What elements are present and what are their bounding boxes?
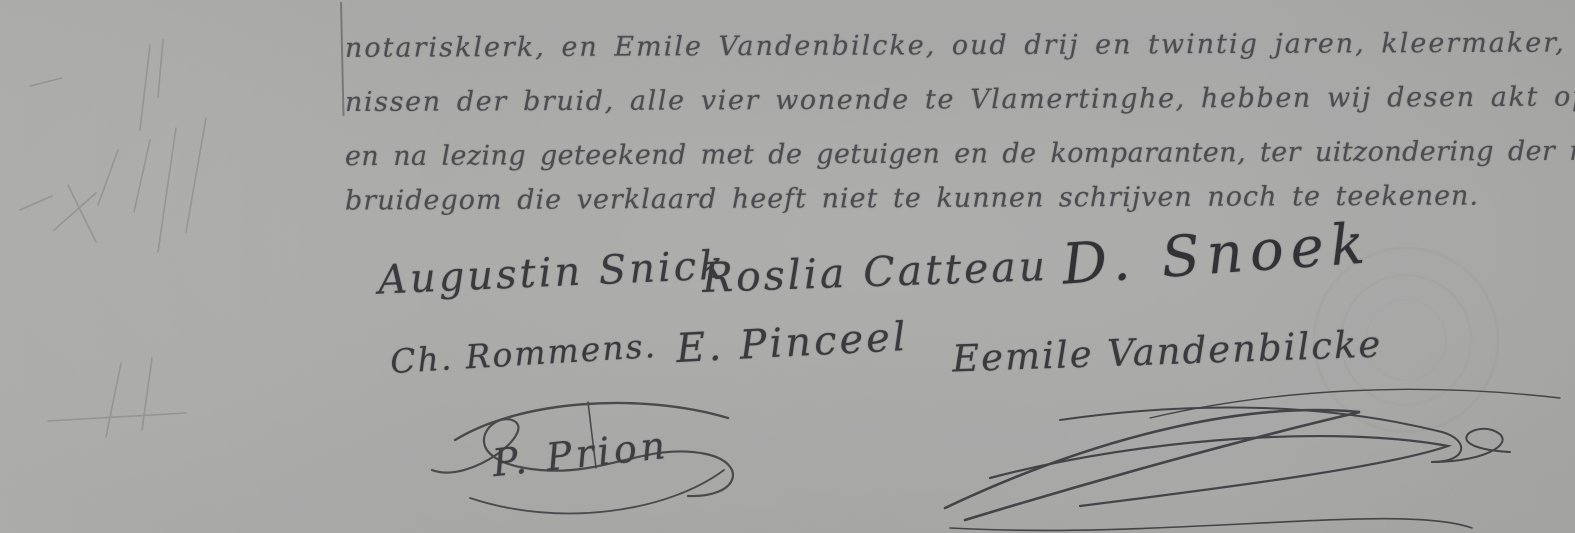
- scratch-marks: [20, 40, 206, 437]
- signature-roslia-catteau: Roslia Catteau: [701, 242, 1049, 302]
- text-line-2: nissen der bruid, alle vier wonende te V…: [345, 81, 1575, 118]
- text-line-3: en na lezing geteekend met de getuigen e…: [345, 135, 1575, 172]
- signature-p-prion: P. Prion: [490, 423, 671, 485]
- signature-e-pinceel: E. Pinceel: [675, 314, 910, 372]
- signature-ch-rommens: Ch. Rommens.: [389, 326, 658, 381]
- signature-augustin-snick: Augustin Snick: [377, 242, 727, 303]
- scanned-record-page: notarisklerk, en Emile Vandenbilcke, oud…: [0, 0, 1575, 533]
- signature-eemile-vandenbilcke: Eemile Vandenbilcke: [951, 323, 1383, 381]
- signature-d-snoek: D. Snoek: [1060, 211, 1374, 297]
- text-line-1: notarisklerk, en Emile Vandenbilcke, oud…: [345, 27, 1575, 64]
- signature-paraph-flourish: [945, 389, 1560, 530]
- fold-crease-mark: [341, 2, 344, 116]
- text-line-4: bruidegom die verklaard heeft niet te ku…: [345, 181, 1479, 217]
